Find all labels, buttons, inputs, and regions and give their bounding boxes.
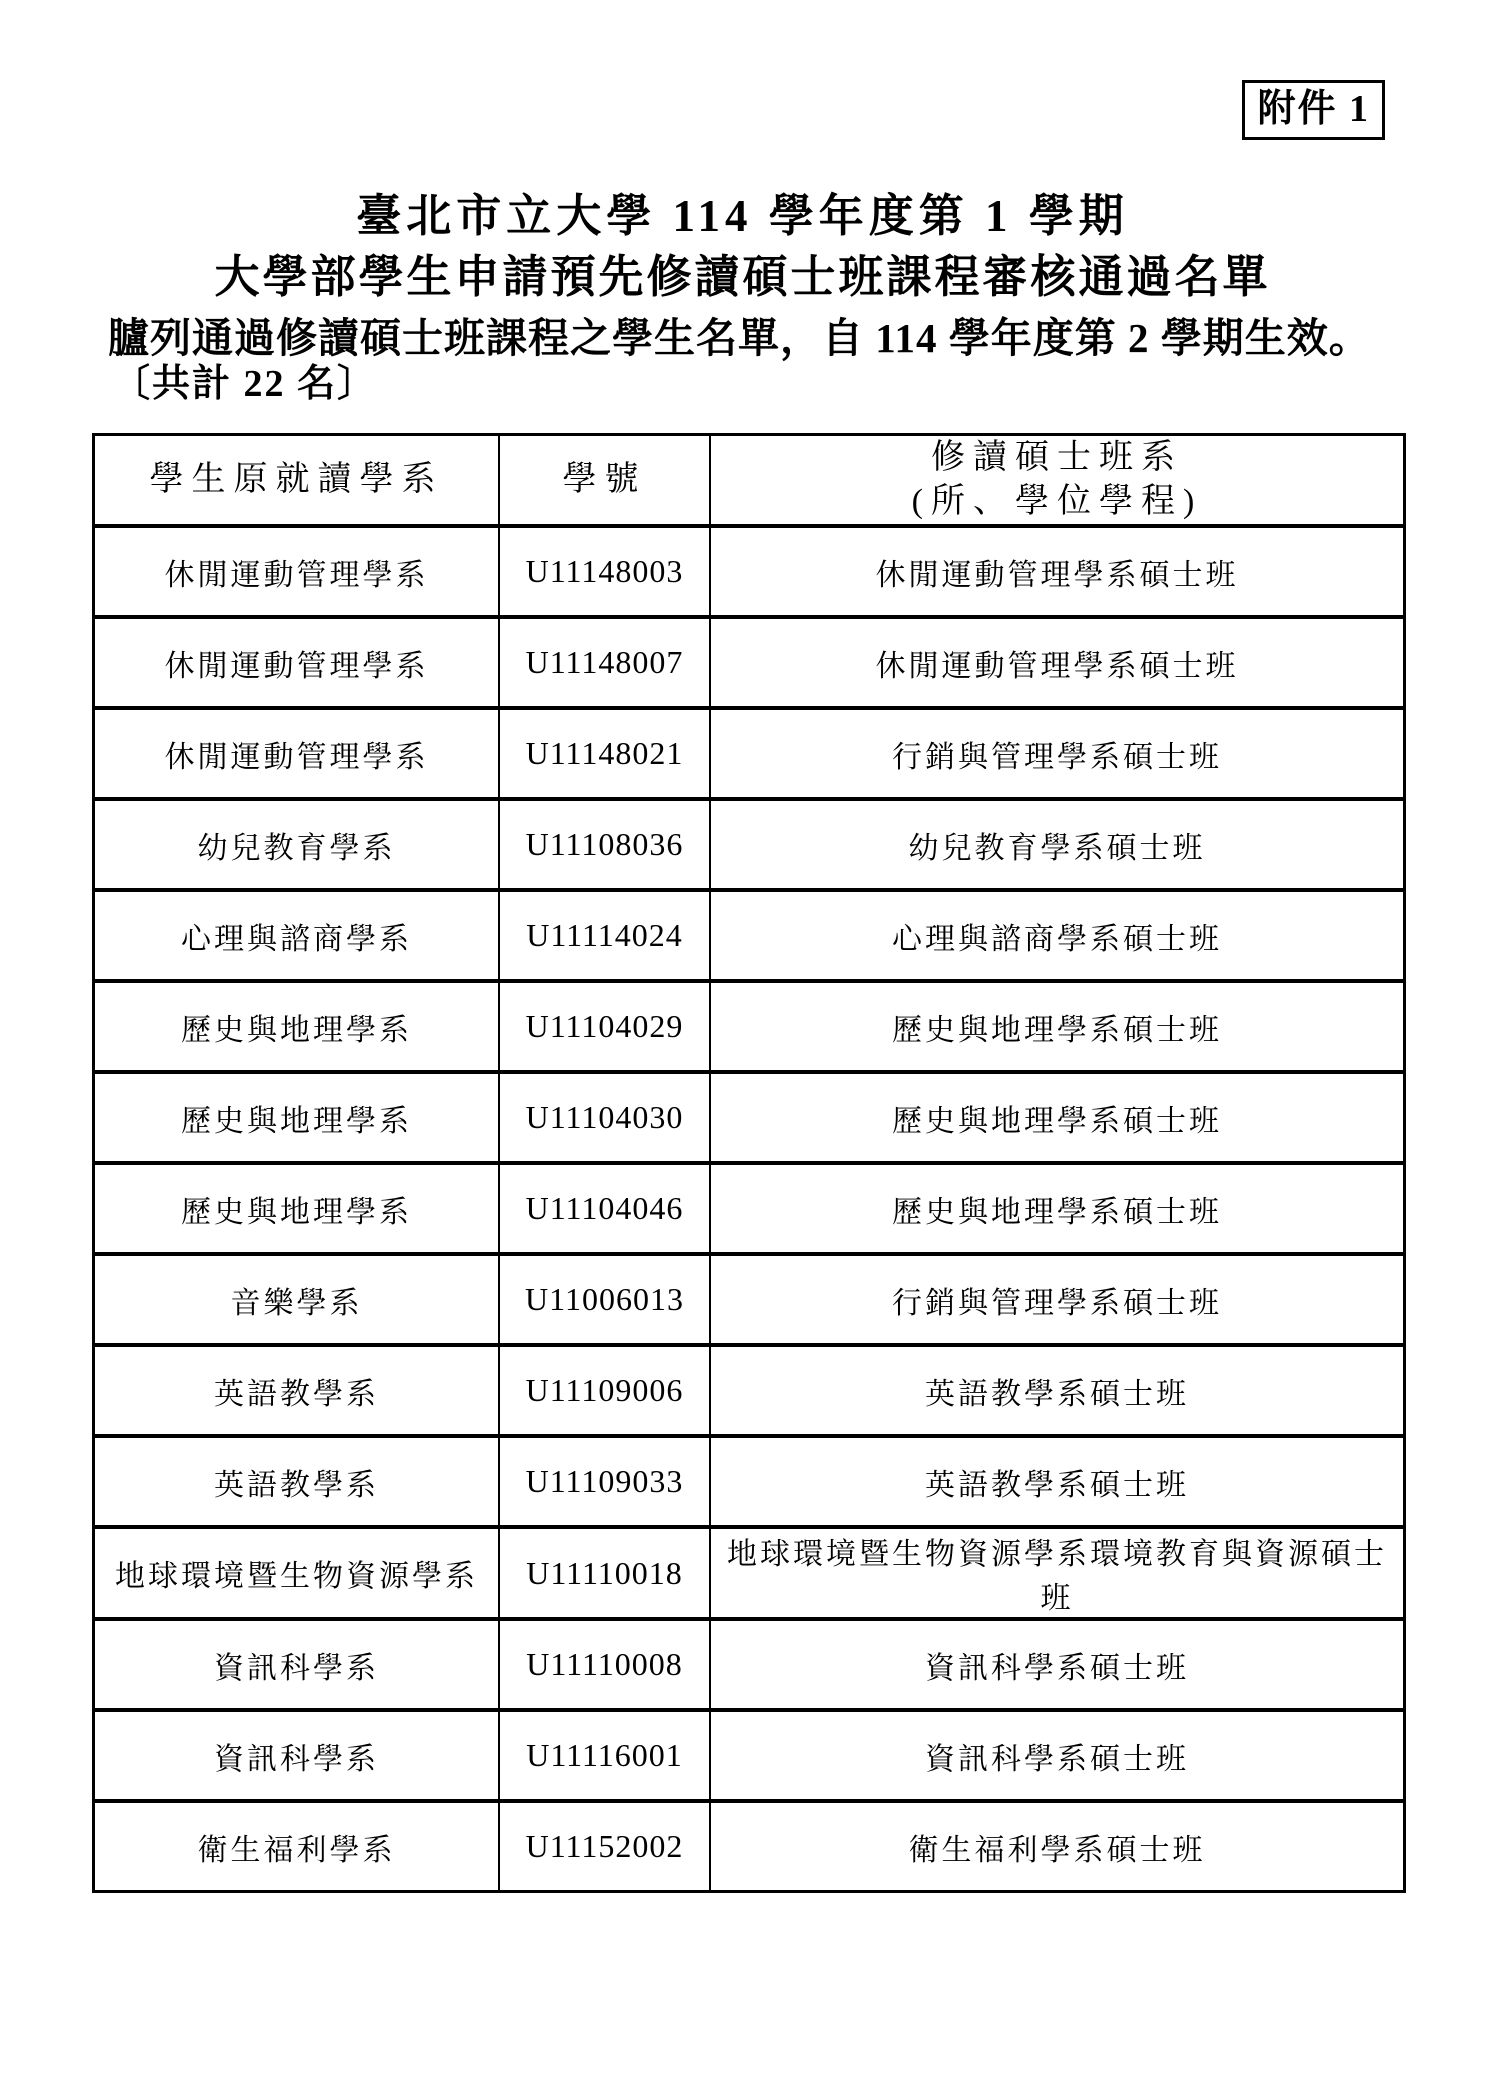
student-id-cell: U11148021 — [498, 710, 709, 801]
graduate-program-cell: 心理與諮商學系碩士班 — [709, 892, 1403, 983]
table-row: 音樂學系U11006013行銷與管理學系碩士班 — [95, 1256, 1403, 1347]
effective-note: 臚列通過修讀碩士班課程之學生名單，自 114 學年度第 2 學期生效。 — [108, 314, 1485, 362]
table-row: 幼兒教育學系U11108036幼兒教育學系碩士班 — [95, 801, 1403, 892]
table-row: 歷史與地理學系U11104029歷史與地理學系碩士班 — [95, 983, 1403, 1074]
student-id-cell: U11114024 — [498, 892, 709, 983]
student-id-cell: U11110008 — [498, 1621, 709, 1712]
col-header-graduate-program-line2: (所、學位學程) — [711, 480, 1403, 524]
table-row: 休閒運動管理學系U11148021行銷與管理學系碩士班 — [95, 710, 1403, 801]
table-header-row: 學生原就讀學系 學號 修讀碩士班系 (所、學位學程) — [95, 436, 1403, 528]
student-id-cell: U11116001 — [498, 1712, 709, 1803]
total-count-note: 〔共計 22 名〕 — [112, 362, 1485, 406]
table-row: 歷史與地理學系U11104030歷史與地理學系碩士班 — [95, 1074, 1403, 1165]
origin-department-cell: 衛生福利學系 — [95, 1803, 498, 1890]
origin-department-cell: 資訊科學系 — [95, 1712, 498, 1803]
origin-department-cell: 英語教學系 — [95, 1438, 498, 1529]
graduate-program-cell: 行銷與管理學系碩士班 — [709, 710, 1403, 801]
graduate-program-cell: 歷史與地理學系碩士班 — [709, 1074, 1403, 1165]
student-id-cell: U11152002 — [498, 1803, 709, 1890]
student-id-cell: U11104029 — [498, 983, 709, 1074]
graduate-program-cell: 歷史與地理學系碩士班 — [709, 1165, 1403, 1256]
origin-department-cell: 英語教學系 — [95, 1347, 498, 1438]
origin-department-cell: 休閒運動管理學系 — [95, 528, 498, 619]
table-row: 休閒運動管理學系U11148007休閒運動管理學系碩士班 — [95, 619, 1403, 710]
student-id-cell: U11108036 — [498, 801, 709, 892]
approved-students-table: 學生原就讀學系 學號 修讀碩士班系 (所、學位學程) 休閒運動管理學系U1114… — [92, 433, 1406, 1893]
graduate-program-cell: 休閒運動管理學系碩士班 — [709, 528, 1403, 619]
origin-department-cell: 地球環境暨生物資源學系 — [95, 1529, 498, 1621]
student-id-cell: U11104030 — [498, 1074, 709, 1165]
origin-department-cell: 歷史與地理學系 — [95, 1074, 498, 1165]
graduate-program-cell: 資訊科學系碩士班 — [709, 1621, 1403, 1712]
student-id-cell: U11104046 — [498, 1165, 709, 1256]
graduate-program-cell: 英語教學系碩士班 — [709, 1438, 1403, 1529]
col-header-graduate-program-line1: 修讀碩士班系 — [711, 436, 1403, 480]
col-header-student-id: 學號 — [498, 436, 709, 528]
graduate-program-cell: 休閒運動管理學系碩士班 — [709, 619, 1403, 710]
student-id-cell: U11148007 — [498, 619, 709, 710]
col-header-origin-department: 學生原就讀學系 — [95, 436, 498, 528]
graduate-program-cell: 行銷與管理學系碩士班 — [709, 1256, 1403, 1347]
table-row: 心理與諮商學系U11114024心理與諮商學系碩士班 — [95, 892, 1403, 983]
table-row: 英語教學系U11109006英語教學系碩士班 — [95, 1347, 1403, 1438]
table-row: 地球環境暨生物資源學系U11110018地球環境暨生物資源學系環境教育與資源碩士… — [95, 1529, 1403, 1621]
student-id-cell: U11110018 — [498, 1529, 709, 1621]
graduate-program-cell: 衛生福利學系碩士班 — [709, 1803, 1403, 1890]
table-row: 衛生福利學系U11152002衛生福利學系碩士班 — [95, 1803, 1403, 1890]
student-id-cell: U11109033 — [498, 1438, 709, 1529]
origin-department-cell: 資訊科學系 — [95, 1621, 498, 1712]
table-row: 資訊科學系U11116001資訊科學系碩士班 — [95, 1712, 1403, 1803]
graduate-program-cell: 幼兒教育學系碩士班 — [709, 801, 1403, 892]
student-id-cell: U11006013 — [498, 1256, 709, 1347]
origin-department-cell: 音樂學系 — [95, 1256, 498, 1347]
col-header-graduate-program: 修讀碩士班系 (所、學位學程) — [709, 436, 1403, 528]
origin-department-cell: 心理與諮商學系 — [95, 892, 498, 983]
origin-department-cell: 幼兒教育學系 — [95, 801, 498, 892]
origin-department-cell: 休閒運動管理學系 — [95, 619, 498, 710]
origin-department-cell: 歷史與地理學系 — [95, 1165, 498, 1256]
graduate-program-cell: 歷史與地理學系碩士班 — [709, 983, 1403, 1074]
table-row: 歷史與地理學系U11104046歷史與地理學系碩士班 — [95, 1165, 1403, 1256]
origin-department-cell: 休閒運動管理學系 — [95, 710, 498, 801]
attachment-label: 附件 1 — [1242, 80, 1385, 140]
student-id-cell: U11148003 — [498, 528, 709, 619]
table-row: 英語教學系U11109033英語教學系碩士班 — [95, 1438, 1403, 1529]
table-row: 資訊科學系U11110008資訊科學系碩士班 — [95, 1621, 1403, 1712]
document-title-line2: 大學部學生申請預先修讀碩士班課程審核通過名單 — [0, 246, 1485, 308]
student-id-cell: U11109006 — [498, 1347, 709, 1438]
graduate-program-cell: 地球環境暨生物資源學系環境教育與資源碩士班 — [709, 1529, 1403, 1621]
graduate-program-cell: 資訊科學系碩士班 — [709, 1712, 1403, 1803]
table-row: 休閒運動管理學系U11148003休閒運動管理學系碩士班 — [95, 528, 1403, 619]
graduate-program-cell: 英語教學系碩士班 — [709, 1347, 1403, 1438]
origin-department-cell: 歷史與地理學系 — [95, 983, 498, 1074]
